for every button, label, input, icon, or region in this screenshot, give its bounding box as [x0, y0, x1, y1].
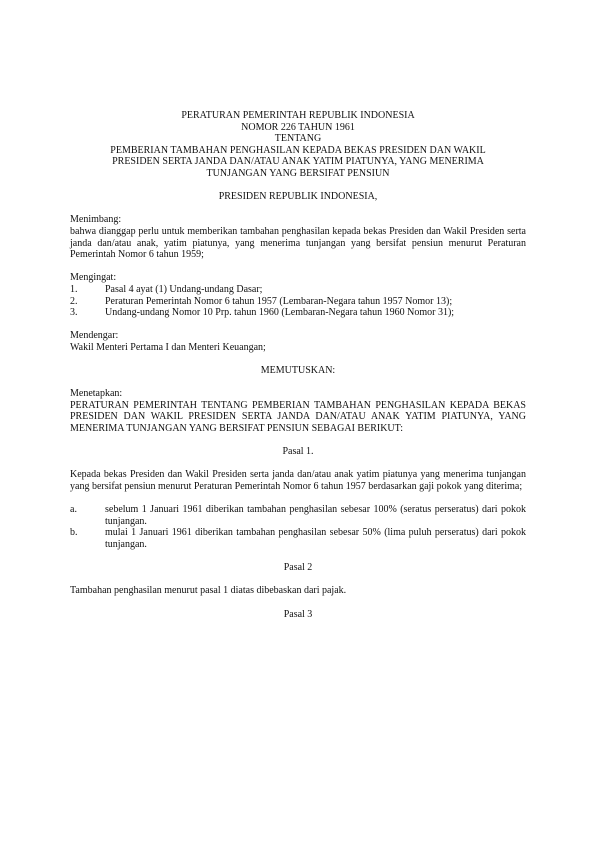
mendengar-label: Mendengar:	[70, 330, 526, 342]
document-page: PERATURAN PEMERINTAH REPUBLIK INDONESIA …	[70, 110, 526, 620]
pasal-1-list: a. sebelum 1 Januari 1961 diberikan tamb…	[70, 504, 526, 550]
list-item: a. sebelum 1 Januari 1961 diberikan tamb…	[70, 504, 526, 527]
list-text: sebelum 1 Januari 1961 diberikan tambaha…	[105, 504, 526, 527]
mengingat-list: 1. Pasal 4 ayat (1) Undang-undang Dasar;…	[70, 284, 526, 319]
list-number: 2.	[70, 296, 105, 308]
pasal-1-heading: Pasal 1.	[70, 446, 526, 458]
president-heading: PRESIDEN REPUBLIK INDONESIA,	[70, 191, 526, 203]
menetapkan-label: Menetapkan:	[70, 388, 526, 400]
list-text: mulai 1 Januari 1961 diberikan tambahan …	[105, 527, 526, 550]
title-line: PEMBERIAN TAMBAHAN PENGHASILAN KEPADA BE…	[70, 145, 526, 157]
list-text: Undang-undang Nomor 10 Prp. tahun 1960 (…	[105, 307, 526, 319]
title-line: PERATURAN PEMERINTAH REPUBLIK INDONESIA	[70, 110, 526, 122]
list-item: b. mulai 1 Januari 1961 diberikan tambah…	[70, 527, 526, 550]
menimbang-label: Menimbang:	[70, 214, 526, 226]
title-line: PRESIDEN SERTA JANDA DAN/ATAU ANAK YATIM…	[70, 156, 526, 168]
pasal-2-text: Tambahan penghasilan menurut pasal 1 dia…	[70, 585, 526, 597]
memutuskan-heading: MEMUTUSKAN:	[70, 365, 526, 377]
list-text: Pasal 4 ayat (1) Undang-undang Dasar;	[105, 284, 526, 296]
pasal-1-text: Kepada bekas Presiden dan Wakil Presiden…	[70, 469, 526, 492]
list-item: 3. Undang-undang Nomor 10 Prp. tahun 196…	[70, 307, 526, 319]
list-number: 1.	[70, 284, 105, 296]
pasal-2-heading: Pasal 2	[70, 562, 526, 574]
list-number: 3.	[70, 307, 105, 319]
title-line: TUNJANGAN YANG BERSIFAT PENSIUN	[70, 168, 526, 180]
list-letter: a.	[70, 504, 105, 527]
document-title: PERATURAN PEMERINTAH REPUBLIK INDONESIA …	[70, 110, 526, 180]
title-line: NOMOR 226 TAHUN 1961	[70, 122, 526, 134]
title-line: TENTANG	[70, 133, 526, 145]
list-letter: b.	[70, 527, 105, 550]
menimbang-text: bahwa dianggap perlu untuk memberikan ta…	[70, 226, 526, 261]
mengingat-label: Mengingat:	[70, 272, 526, 284]
mendengar-text: Wakil Menteri Pertama I dan Menteri Keua…	[70, 342, 526, 354]
list-item: 1. Pasal 4 ayat (1) Undang-undang Dasar;	[70, 284, 526, 296]
list-text: Peraturan Pemerintah Nomor 6 tahun 1957 …	[105, 296, 526, 308]
list-item: 2. Peraturan Pemerintah Nomor 6 tahun 19…	[70, 296, 526, 308]
menetapkan-text: PERATURAN PEMERINTAH TENTANG PEMBERIAN T…	[70, 400, 526, 435]
pasal-3-heading: Pasal 3	[70, 609, 526, 621]
